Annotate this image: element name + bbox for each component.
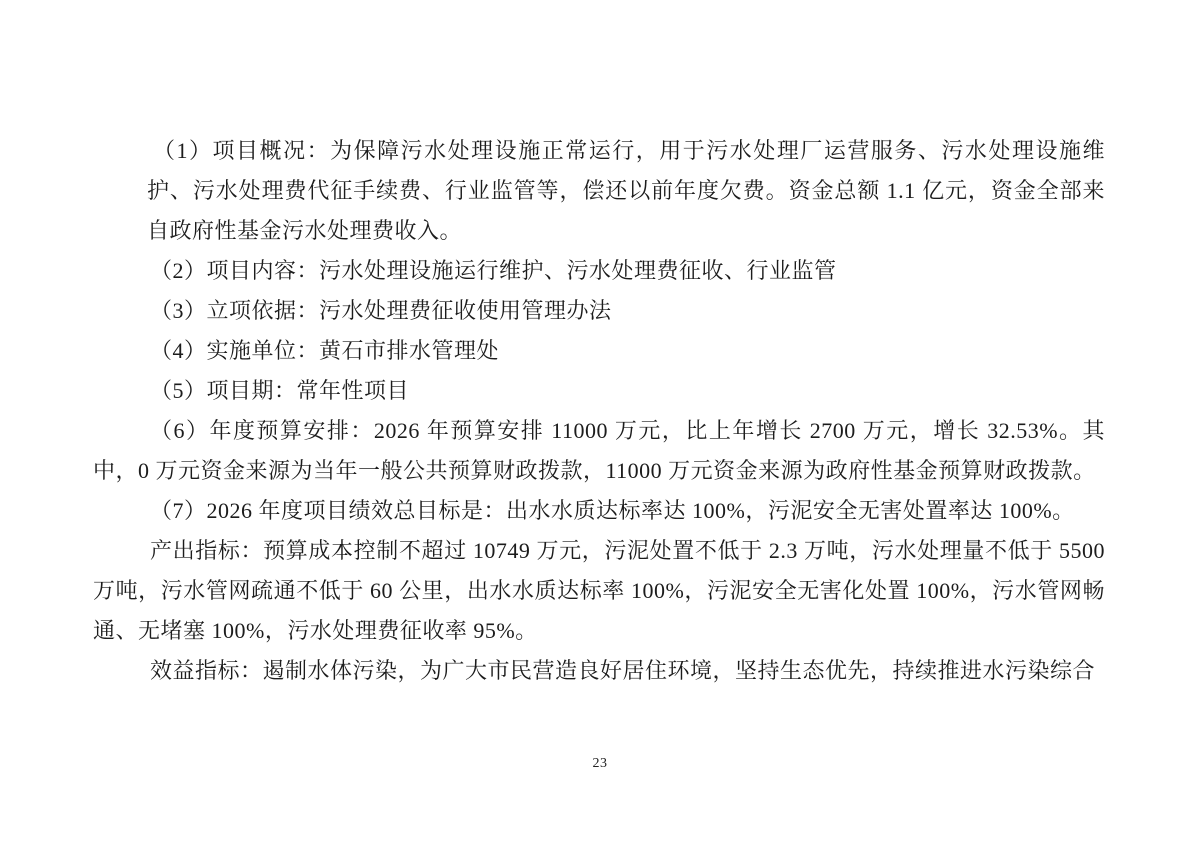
para-project-content: （2）项目内容：污水处理设施运行维护、污水处理费征收、行业监管 [93,251,1105,291]
para-project-basis: （3）立项依据：污水处理费征收使用管理办法 [93,291,1105,331]
page-number: 23 [0,754,1200,774]
para-implementing-unit: （4）实施单位：黄石市排水管理处 [93,331,1105,371]
para-project-overview: （1）项目概况：为保障污水处理设施正常运行，用于污水处理厂运营服务、污水处理设施… [147,131,1105,251]
para-annual-budget: （6）年度预算安排：2026 年预算安排 11000 万元，比上年增长 2700… [93,411,1105,491]
document-body: （1）项目概况：为保障污水处理设施正常运行，用于污水处理厂运营服务、污水处理设施… [93,131,1105,691]
para-project-period: （5）项目期：常年性项目 [93,371,1105,411]
para-output-indicators: 产出指标：预算成本控制不超过 10749 万元，污泥处置不低于 2.3 万吨，污… [93,531,1105,651]
para-performance-goal: （7）2026 年度项目绩效总目标是：出水水质达标率达 100%，污泥安全无害处… [93,491,1105,531]
para-benefit-indicators: 效益指标：遏制水体污染，为广大市民营造良好居住环境，坚持生态优先，持续推进水污染… [93,651,1105,691]
document-page: （1）项目概况：为保障污水处理设施正常运行，用于污水处理厂运营服务、污水处理设施… [0,0,1200,848]
